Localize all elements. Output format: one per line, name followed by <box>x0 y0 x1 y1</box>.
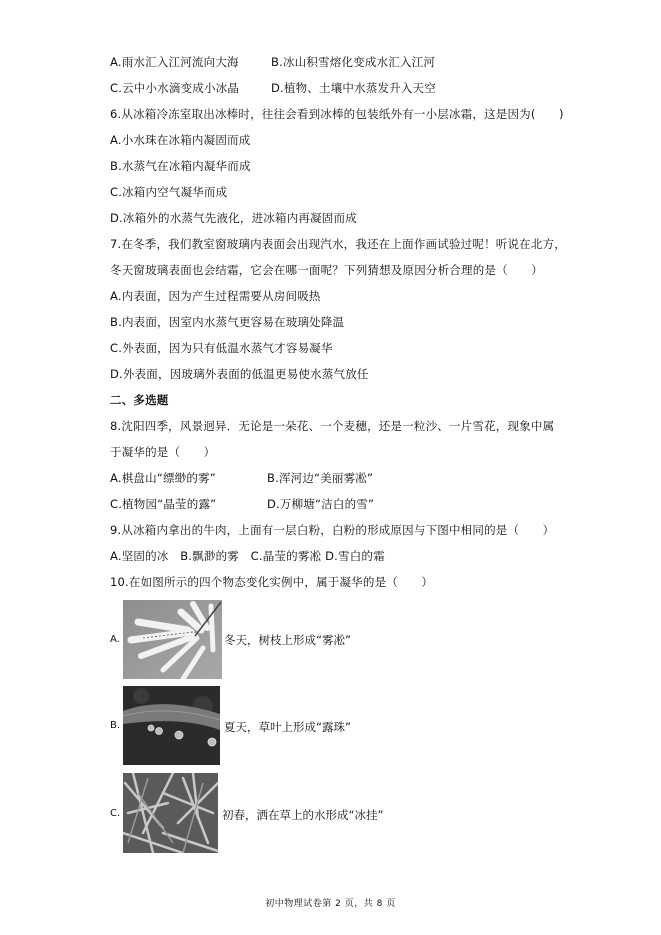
q8-option-c: C.植物园“晶莹的露” <box>110 497 216 511</box>
q10-option-b-label: B. <box>110 720 120 731</box>
q8-option-d: D.万柳塘“洁白的雪” <box>267 497 374 511</box>
q5-option-c: C.云中小水滴变成小冰晶 <box>110 81 239 95</box>
q6-option-b: B.水蒸气在冰箱内凝华而成 <box>110 159 251 173</box>
q10-option-a-label: A. <box>110 634 120 645</box>
q7-option-b: B.内表面，因室内水蒸气更容易在玻璃处降温 <box>110 315 344 329</box>
section-heading-multiple-choice: 二、多选题 <box>110 393 169 407</box>
q6-stem: 6.从冰箱冷冻室取出冰棒时，往往会看到冰棒的包装纸外有一小层冰霜，这是因为( ) <box>110 107 564 121</box>
q7-option-a: A.内表面，因为产生过程需要从房间吸热 <box>110 289 321 303</box>
q8-stem-line1: 8.沈阳四季，风景迥异．无论是一朵花、一个麦穗，还是一粒沙、一片雪花，现象中属 <box>110 419 554 433</box>
q10-option-c-label: C. <box>110 808 120 819</box>
q8-stem-line2: 于凝华的是（ ） <box>110 445 215 459</box>
q6-option-a: A.小水珠在冰箱内凝固而成 <box>110 133 250 147</box>
q7-stem-line1: 7.在冬季，我们教室窗玻璃内表面会出现汽水，我还在上面作画试验过呢！听说在北方， <box>110 237 566 251</box>
q10-option-c-caption: 初春，洒在草上的水形成“冰挂” <box>222 807 383 823</box>
page-footer: 初中物理试卷第 2 页，共 8 页 <box>0 896 661 909</box>
q10-stem: 10.在如图所示的四个物态变化实例中，属于凝华的是（ ） <box>110 575 433 589</box>
q5-option-b: B.冰山积雪熔化变成水汇入江河 <box>271 55 435 69</box>
q7-option-d: D.外表面，因玻璃外表面的低温更易使水蒸气放任 <box>110 367 369 381</box>
q7-stem-line2: 冬天窗玻璃表面也会结霜，它会在哪一面呢？下列猜想及原因分析合理的是（ ） <box>110 263 543 277</box>
q9-stem: 9.从冰箱内拿出的牛肉，上面有一层白粉，白粉的形成原因与下图中相同的是（ ） <box>110 523 554 537</box>
q9-options: A.坚固的冰 B.飘渺的雾 C.晶莹的雾凇 D.雪白的霜 <box>110 549 385 563</box>
q8-option-b: B.浑河边“美丽雾凇” <box>267 471 373 485</box>
q10-option-a-caption: 冬天，树枝上形成“雾凇” <box>224 632 351 648</box>
q5-option-d: D.植物、土壤中水蒸发升入天空 <box>271 81 436 95</box>
q6-option-d: D.冰箱外的水蒸气先液化，进冰箱内再凝固而成 <box>110 211 357 225</box>
q10-option-b-caption: 夏天，草叶上形成“露珠” <box>224 719 351 735</box>
rime-branch-image <box>123 600 222 679</box>
q7-option-c: C.外表面，因为只有低温水蒸气才容易凝华 <box>110 341 333 355</box>
q8-option-a: A.棋盘山“缥缈的雾” <box>110 471 216 485</box>
frosted-grass-image <box>123 773 218 853</box>
q6-option-c: C.冰箱内空气凝华而成 <box>110 185 227 199</box>
dew-leaf-image <box>123 686 220 765</box>
q5-option-a: A.雨水汇入江河流向大海 <box>110 55 239 69</box>
